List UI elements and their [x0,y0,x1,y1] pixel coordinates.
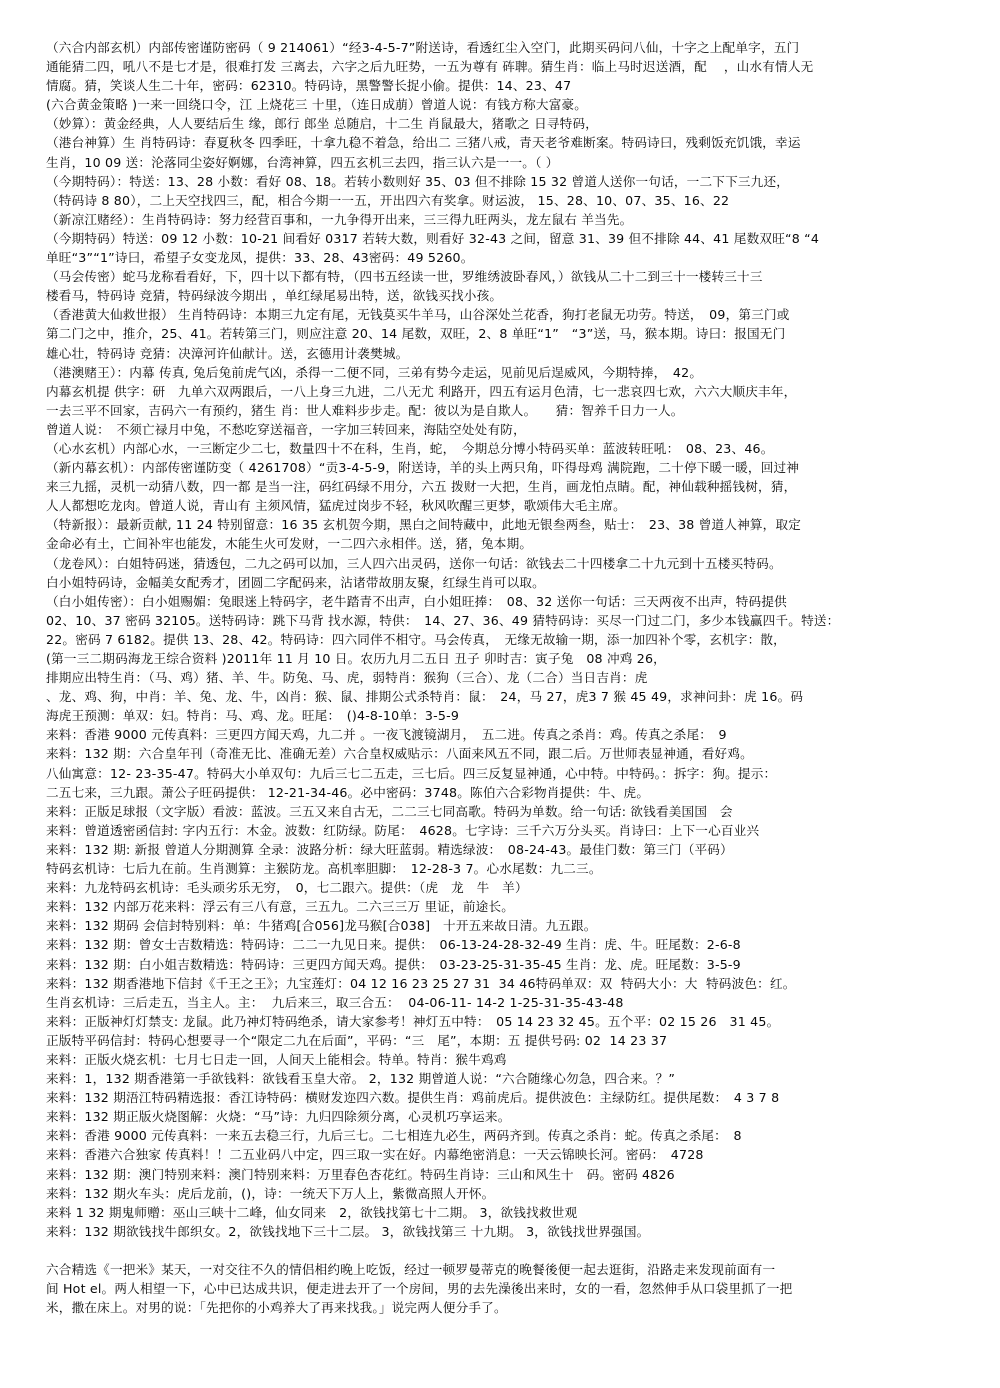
text-line: 来料：正版足球报（文字版）看波：蓝波。三五又来自古无，二二三七同高歌。特码为单数… [46,802,976,821]
text-line: 排期应出特生肖：（马、鸡）猪、羊、牛。防兔、马、虎，弱特肖：猴狗（三合）、龙（二… [46,668,976,687]
text-line: 内幕玄机提 供字：研 九单六双两跟后，一八上身三九进，二八无尤 利路开，四五有运… [46,382,976,401]
text-line: （香港黄大仙救世报） 生肖特码诗：本期三九定有尾，无钱莫买牛羊马，山谷深处兰花香… [46,305,976,324]
text-line: 来料：132 期: 新报 曾道人分期测算 全录：波路分析：绿大旺蓝弱。精选绿波：… [46,840,976,859]
text-line: （今期特码）特送：09 12 小数：10-21 间看好 0317 若转大数，则看… [46,229,976,248]
document-body: （六合内部玄机）内部传密谨防密码（ 9 214061）“经3-4-5-7”附送诗… [46,38,976,1317]
text-line: （六合内部玄机）内部传密谨防密码（ 9 214061）“经3-4-5-7”附送诗… [46,38,976,57]
text-line: 六合精选《一把米》某天，一对交往不久的情侣相约晚上吃饭，经过一顿罗曼蒂克的晚餐後… [46,1260,976,1279]
text-line: （龙卷风）：白姐特码迷，猜透包，二九之码可以加，三人四六出灵码，送你一句话：欲钱… [46,554,976,573]
text-line: 一去三平不回家，吉码六一有预约，猪生 肖：世人难料步步走。配：彼以为是自欺人。 … [46,401,976,420]
text-line: 来料：曾道透密函信封: 字内五行：木金。波数：红防绿。防尾： 4628。七字诗：… [46,821,976,840]
text-line: 来料 1 32 期鬼师赠：巫山三峡十二峰，仙女同来 2，欲钱找第七十二期。 3，… [46,1203,976,1222]
text-line: 来料：正版神灯灯禁支: 龙鼠。此乃神灯特码绝杀，请大家参考！神灯五中特： 05 … [46,1012,976,1031]
text-line: 二五七来，三九跟。萧公子旺码提供： 12-21-34-46。必中密码：3748。… [46,783,976,802]
text-line: （新内幕玄机）：内部传密谨防变（ 4261708）“贡3-4-5-9，附送诗，羊… [46,458,976,477]
text-line: 来料：132 期码 会信封特别料：单：牛猪鸡[合056]龙马猴[合038] 十开… [46,916,976,935]
text-line: 雄心壮，特码诗 竞猜：决漳河许仙献计。送，玄德用计袭樊城。 [46,344,976,363]
text-line: 来料：132 期浯江特码精选报：香江诗特码：横财发迩四六数。提供生肖：鸡前虎后。… [46,1088,976,1107]
text-line: 来三九摇，灵机一动猜八数，四一都 是当一注，码红码绿不用分，六五 拨财一大把，生… [46,477,976,496]
document-page: （六合内部玄机）内部传密谨防密码（ 9 214061）“经3-4-5-7”附送诗… [0,0,1000,1388]
text-line: 正版特平码信封：特码心想要寻一个“限定二九在后面”，平码：“三 尾”，本期：五 … [46,1031,976,1050]
text-line: 米，撒在床上。对男的说：「先把你的小鸡养大了再来找我。」说完两人便分手了。 [46,1298,976,1317]
text-line: 来料：132 期欲钱找牛郎织女。2，欲钱找地下三十二层。 3，欲钱找第三 十九期… [46,1222,976,1241]
text-line: 特码玄机诗：七后九在前。生肖测算：主猴防龙。高机率胆脚： 12-28-3 7。心… [46,859,976,878]
text-line: 白小姐特码诗，金幅美女配秀才，团圆二字配码来，沾诸带故朋友聚，红绿生肖可以取。 [46,573,976,592]
text-line: 金命必有土，亡间补牢也能发，木能生火可发财，一二四六永相伴。送，猪，兔本期。 [46,534,976,553]
text-line: 02、10、37 密码 32105。送特码诗：跳下马背 找水源，特供： 14、2… [46,611,976,630]
text-line: 来料：132 期：澳门特别来料：澳门特别来料：万里春色杏花红。特码生肖诗：三山和… [46,1165,976,1184]
text-line: 来料：132 期火车头：虎后龙前，()，诗：一统天下万人上，紫微高照人开怀。 [46,1184,976,1203]
text-line: (第一三二期码海龙王综合资料 )2011年 11 月 10 日。农历九月二五日 … [46,649,976,668]
text-line: 、龙、鸡、狗，中肖：羊、兔、龙、牛，凶肖：猴、鼠、排期公式杀特肖：鼠： 24，马… [46,687,976,706]
text-line: 来料：正版火烧玄机：七月七日走一回，人间天上能相会。特单。特肖：猴牛鸡鸡 [46,1050,976,1069]
text-line: （马会传密）蛇马龙称看看好，下，四十以下都有特，（四书五经读一世，罗维绣波卧春风… [46,267,976,286]
text-line: （特码诗 8 80），二上天空找四三，配，相合今期一一五，开出四六有奖拿。财运波… [46,191,976,210]
text-line: （白小姐传密）：白小姐赐媚：兔眼迷上特码字，老牛踏青不出声，白小姐旺捧： 08、… [46,592,976,611]
text-line: 单旺“3”“1”诗曰，希望子女变龙凤，提供：33、28、43密码：49 5260… [46,248,976,267]
text-line: 楼看马，特码诗 竞猜，特码绿波今期出 ，单红绿尾易出特，送，欲钱买找小孩。 [46,286,976,305]
text-line: 来料：132 期香港地下信封《千王之王》；九宝莲灯：04 12 16 23 25… [46,974,976,993]
text-line: 来料：九龙特码玄机诗：毛头顽劣乐无穷， 0，七二跟六。提供：（虎 龙 牛 羊） [46,878,976,897]
text-line: 来料：香港六合独家 传真料！！二五业码八中定，四三取一实在好。内幕绝密消息：一天… [46,1145,976,1164]
text-line: （特新报）：最新贡献, 11 24 特别留意：16 35 玄机贺今期，黑白之间特… [46,515,976,534]
text-line: 来料：132 期：六合皇年刊（奇准无比、准确无差）六合皇权威贴示：八面来风五不同… [46,744,976,763]
text-line: 八仙寓意：12- 23-35-47。特码大小单双句：九后三七二五走，三七后。四三… [46,764,976,783]
text-line: 生肖玄机诗：三后走五，当主人。主： 九后来三，取三合五： 04-06-11- 1… [46,993,976,1012]
text-line: 情腐。猜，笑谈人生二十年，密码：62310。特码诗，黑警警长捉小偷。提供：14、… [46,76,976,95]
text-line: 海虎王预测：单双：妇。特肖：马、鸡、龙。旺尾： ()4-8-10单：3-5-9 [46,706,976,725]
text-line: （心水玄机）内部心水，一三断定少二七，数量四十不在科，生肖，蛇， 今期总分博小特… [46,439,976,458]
text-line: 来料：香港 9000 元传真料：三更四方闻天鸡，九二并 。一夜飞渡镜湖月， 五二… [46,725,976,744]
text-line: 来料：132 内部万花来料：浮云有三八有意，三五九。二六三三万 里证，前途长。 [46,897,976,916]
text-line: 来料：132 期：白小姐吉数精选：特码诗：三更四方闻天鸡。提供： 03-23-2… [46,955,976,974]
text-line: 来料：香港 9000 元传真料：一来五去稳三行，九后三七。二七相连九必生，两码齐… [46,1126,976,1145]
text-line: （港台神算）生 肖特码诗：春夏秋冬 四季旺，十拿九稳不着急，给出二 三猪八戒，青… [46,133,976,152]
text-line: 第二门之中，推介，25、41。若转第三门，则应注意 20、14 尾数，双旺，2、… [46,324,976,343]
text-line: 曾道人说： 不须亡禄月中兔，不愁吃穿送福音，一字加三转回来，海陆空处处有防， [46,420,976,439]
text-line: 来料：132 期正版火烧图解：火烧：“马”诗：九归四除须分离，心灵机巧享运来。 [46,1107,976,1126]
text-line [46,1241,976,1260]
text-line: 生肖，10 09 送：沦落同尘姿好婀娜，台湾神算，四五玄机三去四，指三认六是一一… [46,153,976,172]
text-line: （港澳赌王）：内幕 传真, 兔后兔前虎气凶，杀得一二便不同，三弟有势今走运，见前… [46,363,976,382]
text-line: 间 Hot el。两人相望一下，心中已达成共识，便走进去开了一个房间，男的去先澡… [46,1279,976,1298]
text-line: 来料：1，132 期香港第一手欲钱料：欲钱看玉皇大帝。 2，132 期曾道人说：… [46,1069,976,1088]
text-line: （妙算）：黄金经典，人人要结后生 缘，郎行 郎坐 总随启，十二生 肖鼠最大，猪歌… [46,114,976,133]
text-line: （新凉江赌经）：生肖特码诗：努力经营百事和，一九争得开出来，三三得九旺两头，龙左… [46,210,976,229]
text-line: 22。密码 7 6182。提供 13、28、42。特码诗：四六同伴不相守。马会传… [46,630,976,649]
text-line: （今期特码）：特送：13、28 小数：看好 08、18。若转小数则好 35、03… [46,172,976,191]
text-line: 来料：132 期：曾女士吉数精选：特码诗：二二一九见日来。提供： 06-13-2… [46,935,976,954]
text-line: 人人都想吃龙肉。曾道人说，青山有 主须风情，猛虎过岗步不轻，秋风吹醒三更梦，歌颂… [46,496,976,515]
text-line: (六合黄金策略 )一来一回绕口令，江 上烧花三 十里，（连日成萠）曾道人说：有钱… [46,95,976,114]
text-line: 通能猜二四，吼八不是七才是，很难打发 三离去，六字之后九旺势，一五为尊有 砗聛。… [46,57,976,76]
